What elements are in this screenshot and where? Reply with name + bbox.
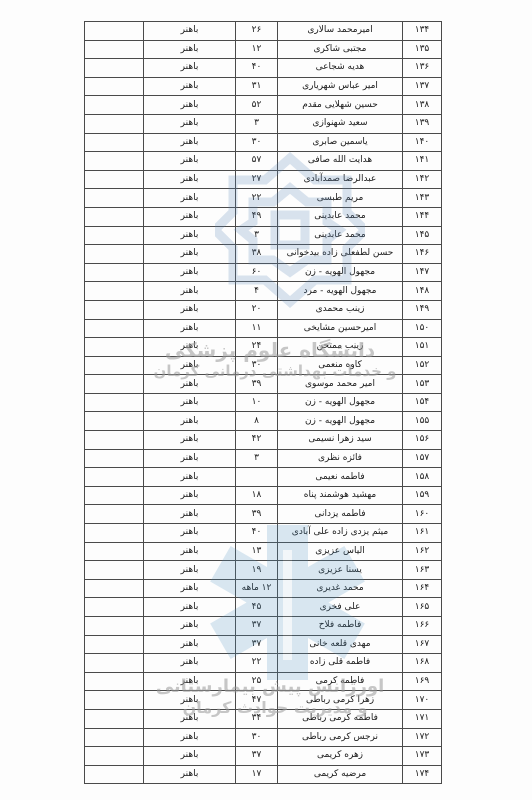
row-number: ۱۵۵ bbox=[403, 412, 442, 431]
notes-cell bbox=[85, 133, 144, 152]
table-row: ۱۷۱فاطمه کرمی رباطی۳۴باهنر bbox=[85, 709, 442, 728]
row-number: ۱۳۴ bbox=[403, 22, 442, 41]
notes-cell bbox=[85, 431, 144, 450]
age-value: ۲۶ bbox=[236, 22, 278, 41]
person-name: هدایت الله صافی bbox=[278, 152, 403, 171]
table-row: ۱۴۲عبدالرضا صمدآبادی۲۷باهنر bbox=[85, 170, 442, 189]
table-row: ۱۷۴مرضیه کریمی۱۷باهنر bbox=[85, 765, 442, 784]
status-value: باهنر bbox=[144, 300, 236, 319]
status-value: باهنر bbox=[144, 22, 236, 41]
age-value: ۱۹ bbox=[236, 561, 278, 580]
row-number: ۱۵۶ bbox=[403, 431, 442, 450]
table-row: ۱۴۵محمد عابدینی۳باهنر bbox=[85, 226, 442, 245]
table-row: ۱۵۱زینب ممتحن۲۴باهنر bbox=[85, 338, 442, 357]
age-value: ۲۵ bbox=[236, 672, 278, 691]
age-value: ۲۴ bbox=[236, 338, 278, 357]
table-row: ۱۴۸مجهول الهویه - مرد۴باهنر bbox=[85, 282, 442, 301]
table-row: ۱۵۹مهشید هوشمند پناه۱۸باهنر bbox=[85, 486, 442, 505]
person-name: فاطمه نعیمی bbox=[278, 468, 403, 487]
notes-cell bbox=[85, 617, 144, 636]
age-value: ۳ bbox=[236, 226, 278, 245]
row-number: ۱۶۴ bbox=[403, 579, 442, 598]
status-value: باهنر bbox=[144, 189, 236, 208]
row-number: ۱۵۷ bbox=[403, 449, 442, 468]
row-number: ۱۴۴ bbox=[403, 207, 442, 226]
notes-cell bbox=[85, 691, 144, 710]
row-number: ۱۶۳ bbox=[403, 561, 442, 580]
status-value: باهنر bbox=[144, 114, 236, 133]
row-number: ۱۵۴ bbox=[403, 393, 442, 412]
row-number: ۱۴۹ bbox=[403, 300, 442, 319]
table-row: ۱۶۰فاطمه یزدانی۳۹باهنر bbox=[85, 505, 442, 524]
person-name: نرجس کرمی رباطی bbox=[278, 728, 403, 747]
status-value: باهنر bbox=[144, 263, 236, 282]
age-value: ۲۷ bbox=[236, 170, 278, 189]
notes-cell bbox=[85, 77, 144, 96]
status-value: باهنر bbox=[144, 542, 236, 561]
table-row: ۱۶۵علی فخری۴۵باهنر bbox=[85, 598, 442, 617]
table-row: ۱۵۰امیرحسین مشایخی۱۱باهنر bbox=[85, 319, 442, 338]
person-name: علی فخری bbox=[278, 598, 403, 617]
status-value: باهنر bbox=[144, 170, 236, 189]
person-name: زینب محمدی bbox=[278, 300, 403, 319]
person-name: حسن لطفعلی زاده بیدخوانی bbox=[278, 245, 403, 264]
age-value: ۳ bbox=[236, 449, 278, 468]
row-number: ۱۶۰ bbox=[403, 505, 442, 524]
status-value: باهنر bbox=[144, 449, 236, 468]
person-name: زینب ممتحن bbox=[278, 338, 403, 357]
row-number: ۱۶۵ bbox=[403, 598, 442, 617]
table-row: ۱۴۶حسن لطفعلی زاده بیدخوانی۳۸باهنر bbox=[85, 245, 442, 264]
status-value: باهنر bbox=[144, 709, 236, 728]
notes-cell bbox=[85, 189, 144, 208]
notes-cell bbox=[85, 263, 144, 282]
table-row: ۱۴۴محمد عابدینی۴۹باهنر bbox=[85, 207, 442, 226]
status-value: باهنر bbox=[144, 59, 236, 78]
casualty-list-table: ۱۳۴امیرمحمد سالاری۲۶باهنر۱۳۵مجتبی شاکری۱… bbox=[84, 21, 442, 784]
age-value: ۳۷ bbox=[236, 617, 278, 636]
row-number: ۱۵۱ bbox=[403, 338, 442, 357]
notes-cell bbox=[85, 635, 144, 654]
notes-cell bbox=[85, 393, 144, 412]
status-value: باهنر bbox=[144, 747, 236, 766]
person-name: سید زهرا نسیمی bbox=[278, 431, 403, 450]
table-row: ۱۳۸حسین شهلایی مقدم۵۲باهنر bbox=[85, 96, 442, 115]
age-value: ۳۴ bbox=[236, 709, 278, 728]
table-row: ۱۴۷مجهول الهویه - زن۶۰باهنر bbox=[85, 263, 442, 282]
row-number: ۱۴۰ bbox=[403, 133, 442, 152]
person-name: زهره کریمی bbox=[278, 747, 403, 766]
notes-cell bbox=[85, 59, 144, 78]
row-number: ۱۳۵ bbox=[403, 40, 442, 59]
row-number: ۱۶۸ bbox=[403, 654, 442, 673]
notes-cell bbox=[85, 319, 144, 338]
table-row: ۱۶۳یسنا عزیزی۱۹باهنر bbox=[85, 561, 442, 580]
status-value: باهنر bbox=[144, 635, 236, 654]
notes-cell bbox=[85, 524, 144, 543]
age-value: ۳ bbox=[236, 114, 278, 133]
age-value: ۳۷ bbox=[236, 747, 278, 766]
status-value: باهنر bbox=[144, 431, 236, 450]
row-number: ۱۴۳ bbox=[403, 189, 442, 208]
age-value: ۲۲ bbox=[236, 189, 278, 208]
age-value: ۲۰ bbox=[236, 300, 278, 319]
table-row: ۱۳۷امیر عباس شهریاری۳۱باهنر bbox=[85, 77, 442, 96]
age-value: ۴۰ bbox=[236, 59, 278, 78]
age-value: ۴ bbox=[236, 282, 278, 301]
row-number: ۱۵۰ bbox=[403, 319, 442, 338]
status-value: باهنر bbox=[144, 561, 236, 580]
person-name: یسنا عزیزی bbox=[278, 561, 403, 580]
row-number: ۱۷۱ bbox=[403, 709, 442, 728]
person-name: فاطمه فلاح bbox=[278, 617, 403, 636]
person-name: مجهول الهویه - مرد bbox=[278, 282, 403, 301]
notes-cell bbox=[85, 338, 144, 357]
person-name: مجهول الهویه - زن bbox=[278, 393, 403, 412]
age-value: ۵۷ bbox=[236, 152, 278, 171]
person-name: کاوه منعمی bbox=[278, 356, 403, 375]
table-row: ۱۵۲کاوه منعمی۳۰باهنر bbox=[85, 356, 442, 375]
table-row: ۱۴۱هدایت الله صافی۵۷باهنر bbox=[85, 152, 442, 171]
person-name: محمد عابدینی bbox=[278, 226, 403, 245]
age-value: ۳۰ bbox=[236, 356, 278, 375]
row-number: ۱۴۷ bbox=[403, 263, 442, 282]
status-value: باهنر bbox=[144, 468, 236, 487]
row-number: ۱۷۰ bbox=[403, 691, 442, 710]
table-row: ۱۵۶سید زهرا نسیمی۴۲باهنر bbox=[85, 431, 442, 450]
person-name: سعید شهنوازی bbox=[278, 114, 403, 133]
table-row: ۱۷۲نرجس کرمی رباطی۳۰باهنر bbox=[85, 728, 442, 747]
age-value bbox=[236, 468, 278, 487]
age-value: ۱۳ bbox=[236, 542, 278, 561]
row-number: ۱۵۹ bbox=[403, 486, 442, 505]
person-name: مجهول الهویه - زن bbox=[278, 263, 403, 282]
status-value: باهنر bbox=[144, 691, 236, 710]
notes-cell bbox=[85, 40, 144, 59]
table-row: ۱۶۲الیاس عزیزی۱۳باهنر bbox=[85, 542, 442, 561]
row-number: ۱۴۲ bbox=[403, 170, 442, 189]
status-value: باهنر bbox=[144, 356, 236, 375]
table-row: ۱۳۵مجتبی شاکری۱۲باهنر bbox=[85, 40, 442, 59]
row-number: ۱۴۵ bbox=[403, 226, 442, 245]
notes-cell bbox=[85, 300, 144, 319]
age-value: ۱۲ ماهه bbox=[236, 579, 278, 598]
status-value: باهنر bbox=[144, 152, 236, 171]
age-value: ۱۰ bbox=[236, 393, 278, 412]
notes-cell bbox=[85, 356, 144, 375]
person-name: محمد عابدینی bbox=[278, 207, 403, 226]
row-number: ۱۵۸ bbox=[403, 468, 442, 487]
age-value: ۴۵ bbox=[236, 598, 278, 617]
notes-cell bbox=[85, 449, 144, 468]
row-number: ۱۷۴ bbox=[403, 765, 442, 784]
status-value: باهنر bbox=[144, 319, 236, 338]
notes-cell bbox=[85, 505, 144, 524]
person-name: عبدالرضا صمدآبادی bbox=[278, 170, 403, 189]
status-value: باهنر bbox=[144, 579, 236, 598]
notes-cell bbox=[85, 542, 144, 561]
status-value: باهنر bbox=[144, 524, 236, 543]
status-value: باهنر bbox=[144, 375, 236, 394]
status-value: باهنر bbox=[144, 654, 236, 673]
person-name: محمد غدیری bbox=[278, 579, 403, 598]
age-value: ۳۰ bbox=[236, 728, 278, 747]
status-value: باهنر bbox=[144, 505, 236, 524]
person-name: هدیه شجاعی bbox=[278, 59, 403, 78]
table-row: ۱۷۳زهره کریمی۳۷باهنر bbox=[85, 747, 442, 766]
age-value: ۳۱ bbox=[236, 77, 278, 96]
notes-cell bbox=[85, 672, 144, 691]
person-name: فاطمه کرمی رباطی bbox=[278, 709, 403, 728]
row-number: ۱۵۳ bbox=[403, 375, 442, 394]
status-value: باهنر bbox=[144, 486, 236, 505]
age-value: ۳۰ bbox=[236, 133, 278, 152]
row-number: ۱۳۷ bbox=[403, 77, 442, 96]
table-row: ۱۵۷فائزه نظری۳باهنر bbox=[85, 449, 442, 468]
person-name: فاطمه کرمی bbox=[278, 672, 403, 691]
person-name: مرضیه کریمی bbox=[278, 765, 403, 784]
table-row: ۱۷۰زهرا کرمی رباطی۴۷باهنر bbox=[85, 691, 442, 710]
notes-cell bbox=[85, 747, 144, 766]
notes-cell bbox=[85, 282, 144, 301]
notes-cell bbox=[85, 728, 144, 747]
status-value: باهنر bbox=[144, 393, 236, 412]
table-body: ۱۳۴امیرمحمد سالاری۲۶باهنر۱۳۵مجتبی شاکری۱… bbox=[85, 22, 442, 784]
table-row: ۱۵۴مجهول الهویه - زن۱۰باهنر bbox=[85, 393, 442, 412]
notes-cell bbox=[85, 598, 144, 617]
age-value: ۳۹ bbox=[236, 505, 278, 524]
row-number: ۱۵۲ bbox=[403, 356, 442, 375]
status-value: باهنر bbox=[144, 40, 236, 59]
table-row: ۱۵۸فاطمه نعیمیباهنر bbox=[85, 468, 442, 487]
status-value: باهنر bbox=[144, 207, 236, 226]
notes-cell bbox=[85, 22, 144, 41]
person-name: مهشید هوشمند پناه bbox=[278, 486, 403, 505]
table-row: ۱۴۹زینب محمدی۲۰باهنر bbox=[85, 300, 442, 319]
table-row: ۱۶۱میثم یزدی زاده علی آبادی۴۰باهنر bbox=[85, 524, 442, 543]
age-value: ۴۹ bbox=[236, 207, 278, 226]
person-name: مهدی قلعه خانی bbox=[278, 635, 403, 654]
table-row: ۱۶۷مهدی قلعه خانی۳۷باهنر bbox=[85, 635, 442, 654]
status-value: باهنر bbox=[144, 598, 236, 617]
age-value: ۱۷ bbox=[236, 765, 278, 784]
person-name: مجتبی شاکری bbox=[278, 40, 403, 59]
row-number: ۱۶۲ bbox=[403, 542, 442, 561]
status-value: باهنر bbox=[144, 765, 236, 784]
notes-cell bbox=[85, 579, 144, 598]
status-value: باهنر bbox=[144, 672, 236, 691]
table-row: ۱۶۴محمد غدیری۱۲ ماههباهنر bbox=[85, 579, 442, 598]
row-number: ۱۳۹ bbox=[403, 114, 442, 133]
row-number: ۱۷۳ bbox=[403, 747, 442, 766]
row-number: ۱۷۲ bbox=[403, 728, 442, 747]
table-row: ۱۴۳مریم طبسی۲۲باهنر bbox=[85, 189, 442, 208]
person-name: الیاس عزیزی bbox=[278, 542, 403, 561]
table-row: ۱۵۵مجهول الهویه - زن۸باهنر bbox=[85, 412, 442, 431]
status-value: باهنر bbox=[144, 282, 236, 301]
status-value: باهنر bbox=[144, 338, 236, 357]
notes-cell bbox=[85, 375, 144, 394]
person-name: یاسمین صابری bbox=[278, 133, 403, 152]
notes-cell bbox=[85, 170, 144, 189]
notes-cell bbox=[85, 765, 144, 784]
status-value: باهنر bbox=[144, 728, 236, 747]
age-value: ۴۷ bbox=[236, 691, 278, 710]
table-row: ۱۳۴امیرمحمد سالاری۲۶باهنر bbox=[85, 22, 442, 41]
notes-cell bbox=[85, 412, 144, 431]
age-value: ۶۰ bbox=[236, 263, 278, 282]
table-row: ۱۳۶هدیه شجاعی۴۰باهنر bbox=[85, 59, 442, 78]
status-value: باهنر bbox=[144, 617, 236, 636]
age-value: ۳۷ bbox=[236, 635, 278, 654]
table-row: ۱۵۳امیر محمد موسوی۳۹باهنر bbox=[85, 375, 442, 394]
person-name: میثم یزدی زاده علی آبادی bbox=[278, 524, 403, 543]
row-number: ۱۶۷ bbox=[403, 635, 442, 654]
table-row: ۱۶۶فاطمه فلاح۳۷باهنر bbox=[85, 617, 442, 636]
age-value: ۴۲ bbox=[236, 431, 278, 450]
notes-cell bbox=[85, 486, 144, 505]
age-value: ۳۸ bbox=[236, 245, 278, 264]
row-number: ۱۶۶ bbox=[403, 617, 442, 636]
age-value: ۱۸ bbox=[236, 486, 278, 505]
status-value: باهنر bbox=[144, 96, 236, 115]
status-value: باهنر bbox=[144, 412, 236, 431]
row-number: ۱۳۸ bbox=[403, 96, 442, 115]
notes-cell bbox=[85, 96, 144, 115]
person-name: حسین شهلایی مقدم bbox=[278, 96, 403, 115]
person-name: فاطمه یزدانی bbox=[278, 505, 403, 524]
table-row: ۱۴۰یاسمین صابری۳۰باهنر bbox=[85, 133, 442, 152]
age-value: ۲۲ bbox=[236, 654, 278, 673]
document-page: ۱۳۴امیرمحمد سالاری۲۶باهنر۱۳۵مجتبی شاکری۱… bbox=[0, 0, 532, 800]
row-number: ۱۶۹ bbox=[403, 672, 442, 691]
table-row: ۱۳۹سعید شهنوازی۳باهنر bbox=[85, 114, 442, 133]
status-value: باهنر bbox=[144, 245, 236, 264]
table-row: ۱۶۹فاطمه کرمی۲۵باهنر bbox=[85, 672, 442, 691]
notes-cell bbox=[85, 709, 144, 728]
person-name: امیر عباس شهریاری bbox=[278, 77, 403, 96]
row-number: ۱۴۶ bbox=[403, 245, 442, 264]
status-value: باهنر bbox=[144, 133, 236, 152]
person-name: امیرمحمد سالاری bbox=[278, 22, 403, 41]
person-name: فائزه نظری bbox=[278, 449, 403, 468]
row-number: ۱۴۸ bbox=[403, 282, 442, 301]
person-name: امیرحسین مشایخی bbox=[278, 319, 403, 338]
notes-cell bbox=[85, 468, 144, 487]
status-value: باهنر bbox=[144, 226, 236, 245]
person-name: زهرا کرمی رباطی bbox=[278, 691, 403, 710]
person-name: مجهول الهویه - زن bbox=[278, 412, 403, 431]
notes-cell bbox=[85, 207, 144, 226]
notes-cell bbox=[85, 114, 144, 133]
age-value: ۱۲ bbox=[236, 40, 278, 59]
notes-cell bbox=[85, 561, 144, 580]
row-number: ۱۶۱ bbox=[403, 524, 442, 543]
age-value: ۵۲ bbox=[236, 96, 278, 115]
age-value: ۳۹ bbox=[236, 375, 278, 394]
age-value: ۱۱ bbox=[236, 319, 278, 338]
age-value: ۸ bbox=[236, 412, 278, 431]
table-row: ۱۶۸فاطمه قلی زاده۲۲باهنر bbox=[85, 654, 442, 673]
row-number: ۱۴۱ bbox=[403, 152, 442, 171]
notes-cell bbox=[85, 152, 144, 171]
person-name: فاطمه قلی زاده bbox=[278, 654, 403, 673]
row-number: ۱۳۶ bbox=[403, 59, 442, 78]
person-name: مریم طبسی bbox=[278, 189, 403, 208]
notes-cell bbox=[85, 226, 144, 245]
person-name: امیر محمد موسوی bbox=[278, 375, 403, 394]
notes-cell bbox=[85, 245, 144, 264]
age-value: ۴۰ bbox=[236, 524, 278, 543]
notes-cell bbox=[85, 654, 144, 673]
status-value: باهنر bbox=[144, 77, 236, 96]
